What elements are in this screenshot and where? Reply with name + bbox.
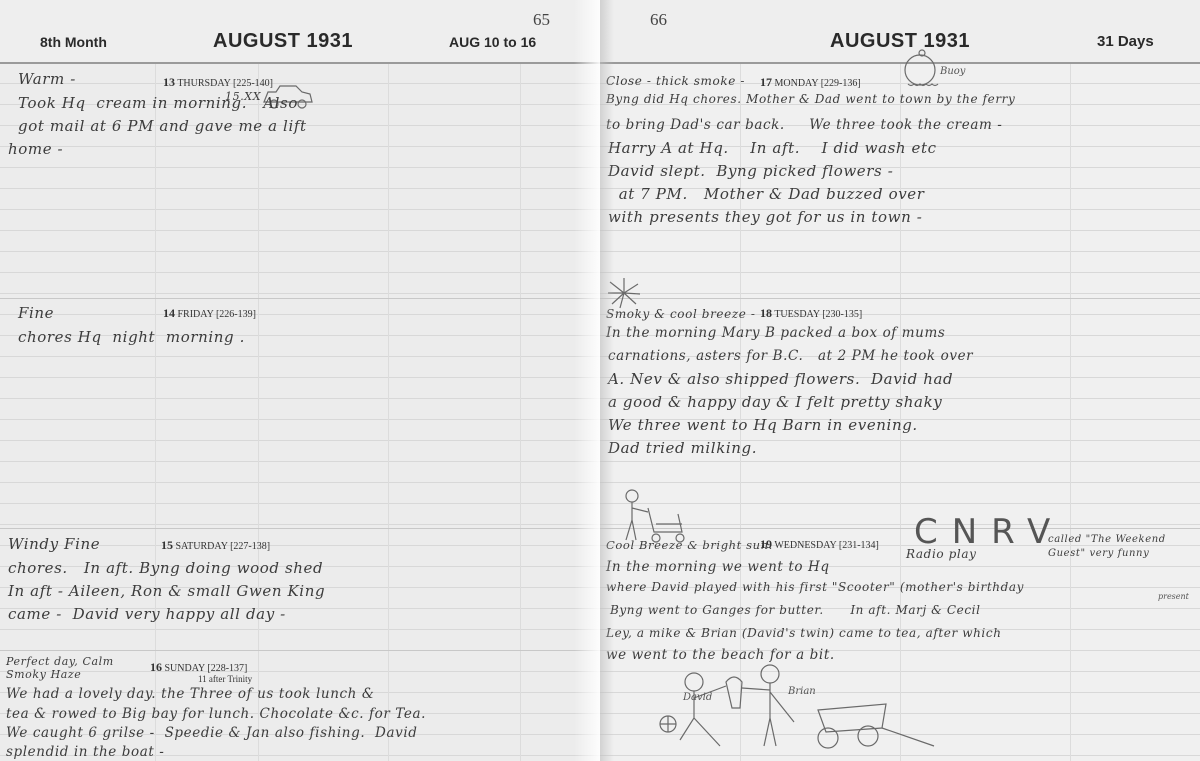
entry-line: a good & happy day & I felt pretty shaky xyxy=(608,391,942,414)
entry-line: carnations, asters for B.C. at 2 PM he t… xyxy=(608,345,973,368)
column-rule xyxy=(520,64,521,761)
drawing-label: Brian xyxy=(788,686,816,697)
radio-note-2: called "The Weekend Guest" very funny xyxy=(1048,533,1198,561)
entry-line: home - xyxy=(8,138,63,161)
month-label: 8th Month xyxy=(40,34,107,50)
left-page-header: 8th Month AUGUST 1931 AUG 10 to 16 65 xyxy=(0,0,600,64)
day-heading: 19 WEDNESDAY [231-134] xyxy=(760,537,879,552)
radio-note: Radio play xyxy=(906,547,976,561)
weather-note: Perfect day, Calm xyxy=(6,655,114,669)
gutter-shadow xyxy=(600,0,614,761)
entry-line: got mail at 6 PM and gave me a lift xyxy=(18,115,307,138)
column-rule xyxy=(1070,64,1071,761)
entry-line: We three went to Hq Barn in evening. xyxy=(608,414,918,437)
gutter-shadow xyxy=(574,0,600,761)
entry-line: In the morning Mary B packed a box of mu… xyxy=(606,322,945,345)
entry-line: Byng did Hq chores. Mother & Dad went to… xyxy=(606,92,1015,106)
entry-line: A. Nev & also shipped flowers. David had xyxy=(608,368,953,391)
day-divider xyxy=(600,298,1200,299)
entry-line: Ley, a mike & Brian (David's twin) came … xyxy=(606,626,1002,640)
entry-line: Dad tried milking. xyxy=(608,437,757,460)
page-title: AUGUST 1931 xyxy=(213,30,353,53)
sketch-label: Buoy xyxy=(940,66,965,77)
entry-line: at 7 PM. Mother & Dad buzzed over xyxy=(608,183,925,206)
weather-note: Fine xyxy=(18,302,54,325)
drawing-label: David xyxy=(683,692,712,703)
entry-line: David slept. Byng picked flowers - xyxy=(608,160,893,183)
entry-line: where David played with his first "Scoot… xyxy=(606,580,1024,594)
weather-note: Smoky & cool breeze - xyxy=(606,307,756,321)
page-number: 65 xyxy=(533,10,550,30)
day-heading: 14 FRIDAY [226-139] xyxy=(163,306,256,321)
right-page: 66 AUGUST 1931 31 Days Close - thick smo… xyxy=(600,0,1200,761)
weather-note: Close - thick smoke - xyxy=(606,74,745,88)
radio-station: CNRV xyxy=(914,512,1064,552)
day-divider xyxy=(0,650,600,651)
day-heading: 17 MONDAY [229-136] xyxy=(760,75,861,90)
column-rule xyxy=(388,64,389,761)
entry-line: with presents they got for us in town - xyxy=(608,206,922,229)
entry-line: Took Hq cream in morning. Also xyxy=(18,92,298,115)
entry-line: chores Hq night morning . xyxy=(18,326,245,349)
day-heading: 15 SATURDAY [227-138] xyxy=(161,538,270,553)
left-page: 8th Month AUGUST 1931 AUG 10 to 16 65 Wa… xyxy=(0,0,600,761)
entry-line: In the morning we went to Hq xyxy=(606,556,830,579)
children-playing-sketch-icon xyxy=(650,660,940,755)
entry-line: came - David very happy all day - xyxy=(8,603,286,626)
day-divider xyxy=(0,298,600,299)
entry-line: In aft - Aileen, Ron & small Gwen King xyxy=(8,580,325,603)
column-rule xyxy=(258,64,259,761)
days-in-month: 31 Days xyxy=(1097,33,1154,50)
weather-note-2: Smoky Haze xyxy=(6,668,81,682)
day-divider xyxy=(0,528,600,529)
day-heading: 13 THURSDAY [225-140] xyxy=(163,75,273,90)
week-range: AUG 10 to 16 xyxy=(449,34,536,50)
margin-note: present xyxy=(1158,592,1189,601)
weather-note: Warm - xyxy=(18,68,76,91)
day-heading: 18 TUESDAY [230-135] xyxy=(760,306,862,321)
weather-note: Windy Fine xyxy=(8,533,100,556)
entry-line: Harry A at Hq. In aft. I did wash etc xyxy=(608,137,937,160)
entry-line: splendid in the boat - xyxy=(6,741,164,761)
diary-spread: 8th Month AUGUST 1931 AUG 10 to 16 65 Wa… xyxy=(0,0,1200,761)
entry-line: Byng went to Ganges for butter. In aft. … xyxy=(610,603,981,617)
page-number: 66 xyxy=(650,10,667,30)
entry-line: to bring Dad's car back. We three took t… xyxy=(606,114,1002,137)
margin-rule xyxy=(155,64,156,761)
entry-line: chores. In aft. Byng doing wood shed xyxy=(8,557,323,580)
day-heading: 16 SUNDAY [228-137] xyxy=(150,660,247,675)
weather-note: Cool Breeze & bright sun. xyxy=(606,538,773,552)
